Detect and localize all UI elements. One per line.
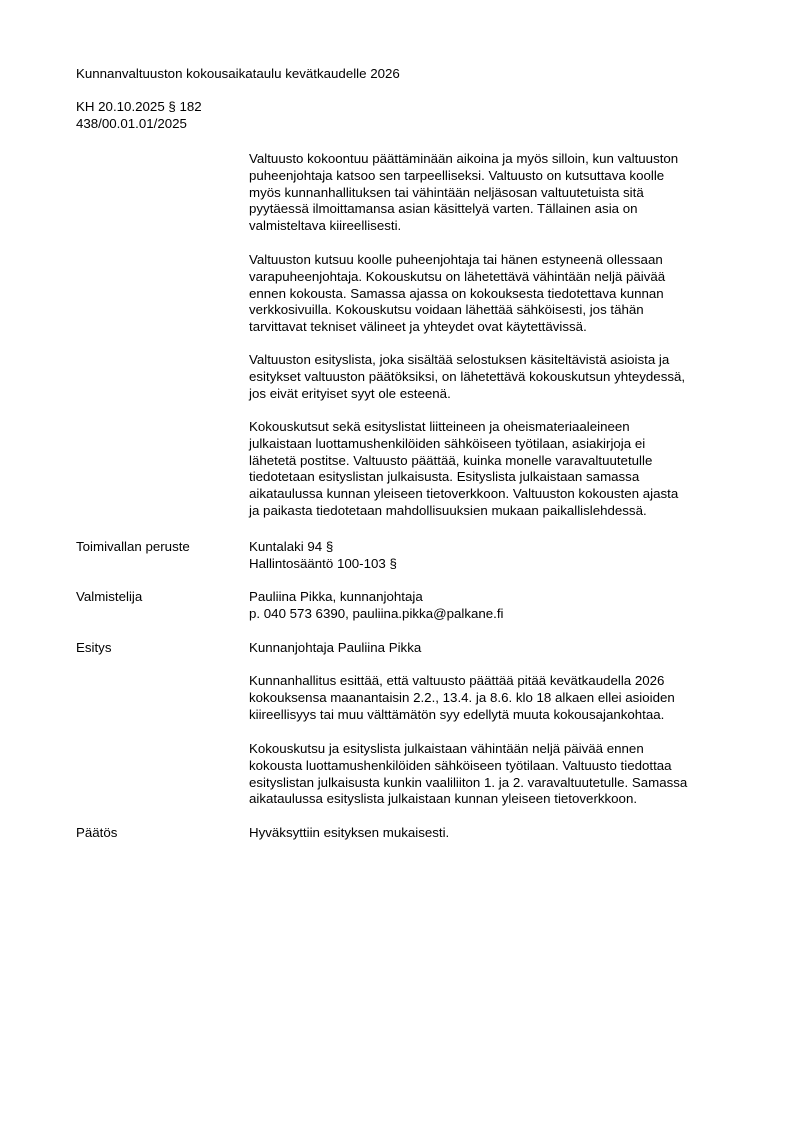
text-line: aikataulussa esityslista julkaistaan kun… [249,791,749,808]
proposal-paragraph-2: Kokouskutsu ja esityslista julkaistaan v… [249,741,749,808]
text-line: varapuheenjohtaja. Kokouskutsu on lähete… [249,269,749,286]
text-line: kokousta luottamushenkilöiden sähköiseen… [249,758,749,775]
decision-text: Hyväksyttiin esityksen mukaisesti. [249,825,449,842]
text-line: p. 040 573 6390, pauliina.pikka@palkane.… [249,606,749,623]
text-line: esitykset valtuuston päätöksiksi, on läh… [249,369,749,386]
text-line: tiedotetaan esityslistan julkaisusta. Es… [249,469,749,486]
authority-label: Toimivallan peruste [76,539,190,556]
text-line: Kuntalaki 94 § [249,539,749,556]
text-line: jos eivät erityiset syyt ole esteenä. [249,386,749,403]
document-title: Kunnanvaltuuston kokousaikataulu kevätka… [76,66,400,83]
text-line: kokouksensa maanantaisin 2.2., 13.4. ja … [249,690,749,707]
preparer-value: Pauliina Pikka, kunnanjohtaja p. 040 573… [249,589,749,623]
proposal-label: Esitys [76,640,111,657]
text-line: tarvittavat tekniset välineet ja yhteyde… [249,319,749,336]
meeting-reference: KH 20.10.2025 § 182 [76,99,202,116]
text-line: pyytäessä ilmoittamansa asian käsittelyä… [249,201,749,218]
text-line: julkaistaan luottamushenkilöiden sähköis… [249,436,749,453]
intro-paragraph-4: Kokouskutsut sekä esityslistat liitteine… [249,419,749,520]
text-line: Kokouskutsu ja esityslista julkaistaan v… [249,741,749,758]
text-line: ennen kokousta. Samassa ajassa on kokouk… [249,286,749,303]
text-line: Kokouskutsut sekä esityslistat liitteine… [249,419,749,436]
proposal-presenter: Kunnanjohtaja Pauliina Pikka [249,640,421,657]
authority-value: Kuntalaki 94 § Hallintosääntö 100-103 § [249,539,749,573]
text-line: ja paikasta tiedotetaan mahdollisuuksien… [249,503,749,520]
text-line: aikataulussa kunnan yleiseen tietoverkko… [249,486,749,503]
text-line: esityslistan julkaisusta kunkin vaalilii… [249,775,749,792]
text-line: puheenjohtaja katsoo sen tarpeelliseksi.… [249,168,749,185]
intro-paragraph-1: Valtuusto kokoontuu päättäminään aikoina… [249,151,749,235]
text-line: lähetetä postitse. Valtuusto päättää, ku… [249,453,749,470]
text-line: kiireellisyys tai muu välttämätön syy ed… [249,707,749,724]
preparer-label: Valmistelija [76,589,142,606]
text-line: Kunnanhallitus esittää, että valtuusto p… [249,673,749,690]
text-line: Valtuuston kutsuu koolle puheenjohtaja t… [249,252,749,269]
proposal-paragraph-1: Kunnanhallitus esittää, että valtuusto p… [249,673,749,723]
record-number: 438/00.01.01/2025 [76,116,187,133]
text-line: valmisteltava kiireellisesti. [249,218,749,235]
intro-paragraph-2: Valtuuston kutsuu koolle puheenjohtaja t… [249,252,749,336]
decision-label: Päätös [76,825,117,842]
text-line: myös kunnanhallituksen tai vähintään nel… [249,185,749,202]
text-line: Pauliina Pikka, kunnanjohtaja [249,589,749,606]
text-line: Valtuusto kokoontuu päättäminään aikoina… [249,151,749,168]
text-line: verkkosivuilla. Kokouskutsu voidaan lähe… [249,302,749,319]
text-line: Valtuuston esityslista, joka sisältää se… [249,352,749,369]
text-line: Hallintosääntö 100-103 § [249,556,749,573]
intro-paragraph-3: Valtuuston esityslista, joka sisältää se… [249,352,749,402]
